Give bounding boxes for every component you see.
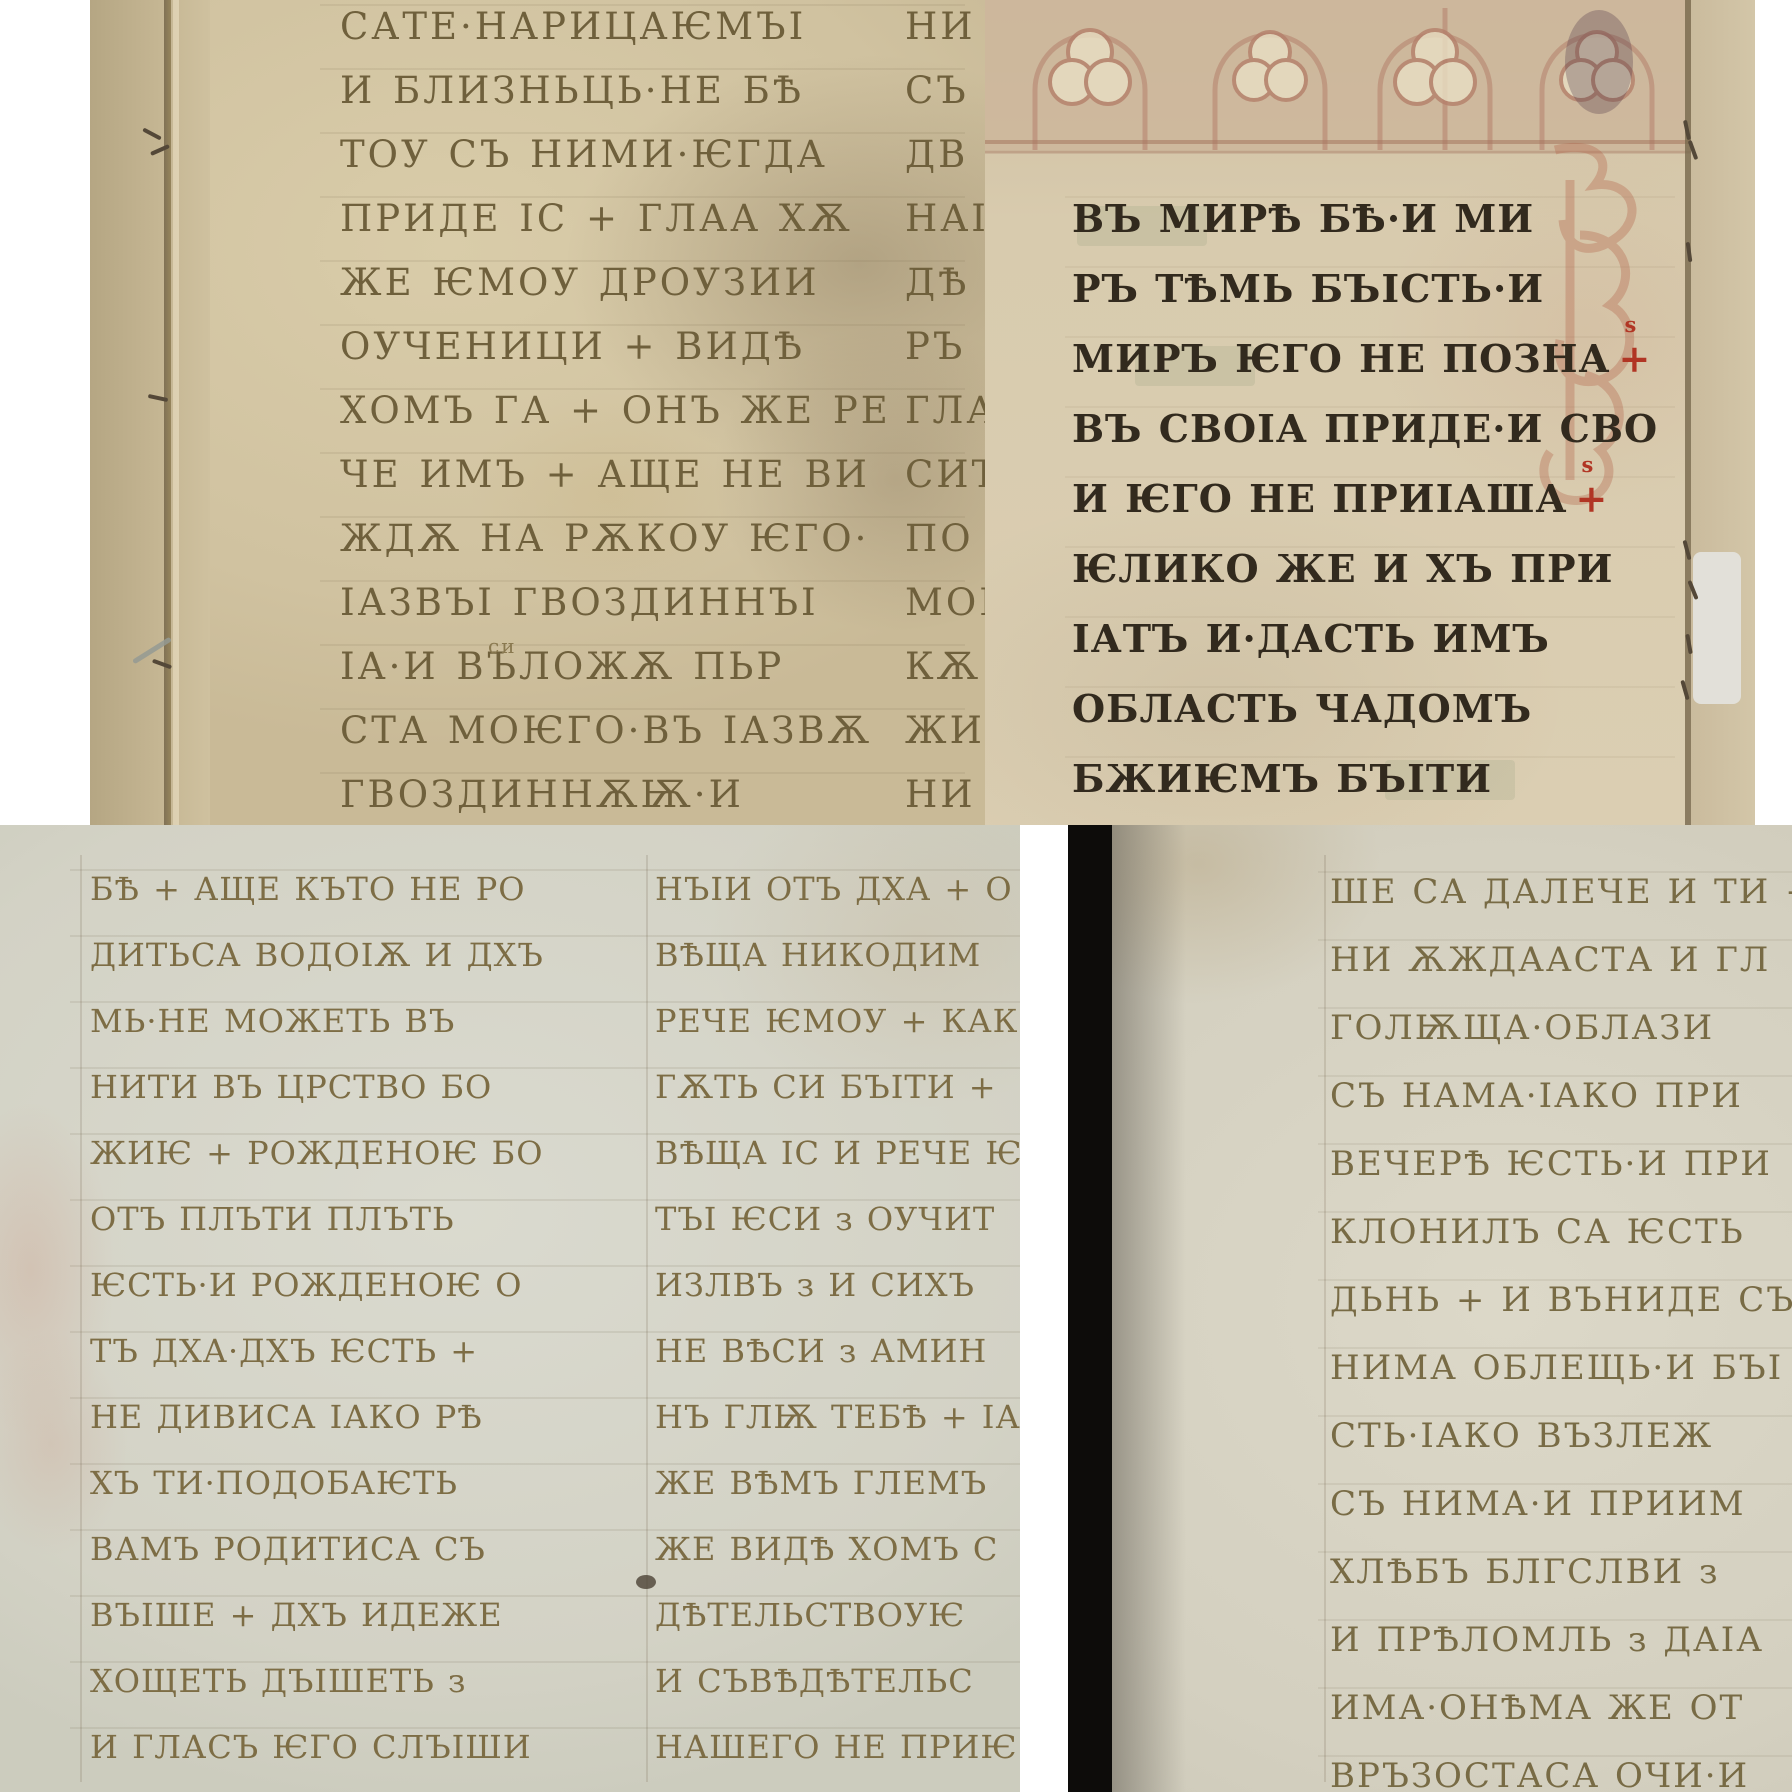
manuscript-text-line: ТЪІ ѤСИ з ОУЧИТ (655, 1203, 995, 1235)
manuscript-text-line: ЖЕ ВѢМЪ ГЛЕМЪ (655, 1467, 987, 1499)
manuscript-text-line: НАІ (905, 200, 985, 237)
line-text: И ГЛАСЪ ѤГО СЛЪІШИ (90, 1728, 532, 1766)
manuscript-text-line: ГВОЗДИННѪѬ·И (340, 776, 744, 813)
manuscript-text-line: ОУЧЕНИЦИ + ВИДѢ (340, 328, 805, 365)
line-text: ИЗЛВЪ з И СИХЪ (655, 1266, 975, 1304)
line-text: РЕЧЕ ѤМОУ + КАК (655, 1002, 1018, 1040)
text-column: ШЕ СА ДАЛЕЧЕ И ТИ +НИ ѪЖДААСТА И ГЛГОЛѬЩ… (1330, 825, 1792, 1792)
line-text: ДѢТЕЛЬСТВОУѤ (655, 1596, 965, 1634)
line-text: КѪ (905, 645, 981, 688)
spine-edge-highlight (173, 0, 179, 825)
manuscript-text-line: НЪІИ ОТЪ ДХА + О (655, 873, 1013, 905)
manuscript-text-line: ВЕЧЕРѢ ѤСТЬ·И ПРИ (1330, 1147, 1772, 1181)
line-text: ХОМЪ ГА + ОНЪ ЖЕ РЕ (340, 389, 891, 432)
manuscript-text-line: ГОЛѬЩА·ОБЛАЗИ (1330, 1011, 1714, 1045)
line-text: ІА·И ВЪЛОЖѪ ПЬР (340, 645, 784, 688)
manuscript-text-line: НЕ ДИВИСА ІАКО РѢ (90, 1401, 483, 1433)
line-text: ДВ (905, 133, 968, 176)
manuscript-text-line: РЪ (905, 328, 965, 365)
line-text: РЪ ТѢМЬ БЪІСТЬ·И (1072, 266, 1544, 311)
line-text: СТЬ·ІАКО ВЪЗЛЕЖ (1330, 1416, 1713, 1456)
manuscript-text-line: ЖИ (905, 712, 985, 749)
manuscript-text-line: ХЛѢБЪ БЛГСЛВИ з (1330, 1555, 1720, 1589)
manuscript-text-line: ГЛА (905, 392, 985, 429)
manuscript-text-line: ПО (905, 520, 974, 557)
line-text: ХЪ ТИ·ПОДОБАѤТЬ (90, 1464, 458, 1502)
line-text: И ѤГО НЕ ПРИІАША (1072, 476, 1567, 521)
parchment-patch (1693, 552, 1741, 704)
line-text: БЖИѤМЪ БЪІТИ (1072, 756, 1492, 801)
line-text: НАШЕГО НЕ ПРИѤ (655, 1728, 1018, 1766)
line-text: ГЛА (905, 389, 985, 432)
line-text: ХОЩЕТЬ ДЪІШЕТЬ з (90, 1662, 466, 1700)
line-text: СЪ НИМА·И ПРИИМ (1330, 1484, 1746, 1524)
text-column: ВЪ МИРѢ БѢ·И МИРЪ ТѢМЬ БЪІСТЬ·ИМИРЪ ѤГО … (1072, 0, 1692, 825)
text-column-2-fragments: НИСЪДВНАІДѢРЪГЛАСИТПОМОІКѪЖИНИ (905, 0, 985, 825)
manuscript-text-line: ХОЩЕТЬ ДЪІШЕТЬ з (90, 1665, 466, 1697)
line-text: НИМА ОБЛЕЩЬ·И БЪІ (1330, 1348, 1783, 1388)
manuscript-text-line: ВѢЩА ІС И РЕЧЕ Ѥ (655, 1137, 1020, 1169)
manuscript-text-line: ВЪІШЕ + ДХЪ ИДЕЖЕ (90, 1599, 503, 1631)
gutter-shadow (1112, 825, 1186, 1792)
page-photo-bottom-right: ШЕ СА ДАЛЕЧЕ И ТИ +НИ ѪЖДААСТА И ГЛГОЛѬЩ… (1068, 825, 1792, 1792)
manuscript-text-line: СЪ (905, 72, 969, 109)
manuscript-text-line: НИМА ОБЛЕЩЬ·И БЪІ (1330, 1351, 1783, 1385)
line-text: И СЪВѢДѢТЕЛЬС (655, 1662, 974, 1700)
red-rubric-cross: ѕ+ (1575, 476, 1608, 521)
manuscript-text-line: СИТ (905, 456, 985, 493)
manuscript-text-line: ВРЪЗОСТАСА ОЧИ·И (1330, 1759, 1749, 1792)
line-text: ТОУ СЪ НИМИ·ѤГДА (340, 133, 828, 176)
manuscript-text-line: РЪ ТѢМЬ БЪІСТЬ·И (1072, 270, 1544, 308)
manuscript-text-line: БѢ + АЩЕ КЪТО НЕ РО (90, 873, 525, 905)
manuscript-text-line: ТЪ ДХА·ДХЪ ѤСТЬ + (90, 1335, 478, 1367)
manuscript-text-line: ЖДѪ НА РѪКОУ ѤГО· (340, 520, 869, 557)
line-text: ВРЪЗОСТАСА ОЧИ·И (1330, 1756, 1749, 1792)
line-text: ВѢЩА ІС И РЕЧЕ Ѥ (655, 1134, 1020, 1172)
manuscript-text-line: ВАМЪ РОДИТИСА СЪ (90, 1533, 486, 1565)
manuscript-text-line: И ѤГО НЕ ПРИІАШАѕ+ (1072, 480, 1608, 518)
spine-fold (164, 0, 171, 825)
line-text: ТЪ ДХА·ДХЪ ѤСТЬ + (90, 1332, 478, 1370)
manuscript-text-line: НАШЕГО НЕ ПРИѤ (655, 1731, 1018, 1763)
manuscript-text-line: ЖЕ ВИДѢ ХОМЪ С (655, 1533, 998, 1565)
manuscript-text-line: ШЕ СА ДАЛЕЧЕ И ТИ + (1330, 875, 1792, 909)
manuscript-text-line: ВѢЩА НИКОДИМ (655, 939, 981, 971)
line-text: ОБЛАСТЬ ЧАДОМЪ (1072, 686, 1532, 731)
red-rubric-cross: ѕ+ (1618, 336, 1651, 381)
manuscript-text-line: ІАТЪ И·ДАСТЬ ИМЪ (1072, 620, 1550, 658)
line-text: СИТ (905, 453, 985, 496)
manuscript-text-line: ЖИѤ + РОЖДЕНОѤ БО (90, 1137, 543, 1169)
line-text: НИ (905, 5, 976, 48)
page-photo-top-left: САТЕ·НАРИЦАѤМЪІИ БЛИЗНЬЦЬ·НЕ БѢТОУ СЪ НИ… (90, 0, 985, 825)
line-text: ЖДѪ НА РѪКОУ ѤГО· (340, 517, 869, 560)
line-text: НИ (905, 773, 976, 816)
line-text: ГОЛѬЩА·ОБЛАЗИ (1330, 1008, 1714, 1048)
page-photo-bottom-left: БѢ + АЩЕ КЪТО НЕ РОДИТЬСА ВОДОІѪ И ДХЪМЬ… (0, 825, 1020, 1792)
manuscript-text-line: ДЬНЬ + И ВЪНИДЕ СЪ (1330, 1283, 1792, 1317)
line-text: ВАМЪ РОДИТИСА СЪ (90, 1530, 486, 1568)
line-text: НИТИ ВЪ ЦРСТВО БО (90, 1068, 492, 1106)
manuscript-text-line: СТА МОѤГО·ВЪ ІАЗВѪ (340, 712, 872, 749)
line-text: ДѢ (905, 261, 969, 304)
line-text: НЪ ГЛѬ ТЕБѢ + ІА (655, 1398, 1020, 1436)
line-text: ПРИДЕ ІС + ГЛАА ХѪ (340, 197, 853, 240)
manuscript-text-line: МЬ·НЕ МОЖЕТЬ ВЪ (90, 1005, 455, 1037)
manuscript-text-line: СЪ НИМА·И ПРИИМ (1330, 1487, 1746, 1521)
line-text: ДЬНЬ + И ВЪНИДЕ СЪ (1330, 1280, 1792, 1320)
line-text: НЕ ДИВИСА ІАКО РѢ (90, 1398, 483, 1436)
manuscript-text-line: КѪ (905, 648, 981, 685)
line-text: ѤСТЬ·И РОЖДЕНОѤ О (90, 1266, 523, 1304)
line-text: НЕ ВѢСИ з АМИН (655, 1332, 987, 1370)
manuscript-text-line: ІАЗВЪІ ГВОЗДИННЪІ (340, 584, 819, 621)
line-text: ЧЕ ИМЪ + АЩЕ НЕ ВИ (340, 453, 870, 496)
line-text: МИРЪ ѤГО НЕ ПОЗНА (1072, 336, 1610, 381)
manuscript-text-line: ДѢ (905, 264, 969, 301)
manuscript-text-line: ДИТЬСА ВОДОІѪ И ДХЪ (90, 939, 544, 971)
line-text: ВѢЩА НИКОДИМ (655, 936, 981, 974)
page-photo-top-right: ВЪ МИРѢ БѢ·И МИРЪ ТѢМЬ БЪІСТЬ·ИМИРЪ ѤГО … (985, 0, 1755, 825)
line-text: ОТЪ ПЛЪТИ ПЛЪТЬ (90, 1200, 455, 1238)
line-text: И ПРѢЛОМЛЬ з ДАІА (1330, 1620, 1764, 1660)
line-text: ЖИ (905, 709, 985, 752)
line-text: И БЛИЗНЬЦЬ·НЕ БѢ (340, 69, 804, 112)
line-text: ДИТЬСА ВОДОІѪ И ДХЪ (90, 936, 544, 974)
manuscript-text-line: НИ (905, 776, 976, 813)
manuscript-text-line: ТОУ СЪ НИМИ·ѤГДА (340, 136, 828, 173)
manuscript-text-line: СТЬ·ІАКО ВЪЗЛЕЖ (1330, 1419, 1713, 1453)
text-column-1: САТЕ·НАРИЦАѤМЪІИ БЛИЗНЬЦЬ·НЕ БѢТОУ СЪ НИ… (340, 0, 960, 825)
line-text: ВЪ СВОІА ПРИДЕ·И СВО (1072, 406, 1658, 451)
line-text: ЖИѤ + РОЖДЕНОѤ БО (90, 1134, 543, 1172)
manuscript-text-line: ДѢТЕЛЬСТВОУѤ (655, 1599, 965, 1631)
line-text: СТА МОѤГО·ВЪ ІАЗВѪ (340, 709, 872, 752)
text-column-2: НЪІИ ОТЪ ДХА + ОВѢЩА НИКОДИМРЕЧЕ ѤМОУ + … (655, 825, 1020, 1792)
interlinear-correction: си (488, 634, 517, 658)
line-text: ВЕЧЕРѢ ѤСТЬ·И ПРИ (1330, 1144, 1772, 1184)
line-text: ШЕ СА ДАЛЕЧЕ И ТИ + (1330, 872, 1792, 912)
manuscript-text-line: ВЪ СВОІА ПРИДЕ·И СВО (1072, 410, 1658, 448)
line-text: НИ ѪЖДААСТА И ГЛ (1330, 940, 1770, 980)
manuscript-text-line: ВЪ МИРѢ БѢ·И МИ (1072, 200, 1534, 238)
manuscript-text-line: ДВ (905, 136, 968, 173)
manuscript-text-line: ЖЕ ѤМОУ ДРОУЗИИ (340, 264, 819, 301)
line-text: ЖЕ ВѢМЪ ГЛЕМЪ (655, 1464, 987, 1502)
line-text: НЪІИ ОТЪ ДХА + О (655, 870, 1013, 908)
manuscript-text-line: ГѪТЬ СИ БЪІТИ + (655, 1071, 997, 1103)
line-text: СЪ НАМА·ІАКО ПРИ (1330, 1076, 1743, 1116)
line-text: РЪ (905, 325, 965, 368)
line-text: ЖЕ ВИДѢ ХОМЪ С (655, 1530, 998, 1568)
manuscript-text-line: ѤЛИКО ЖЕ И ХЪ ПРИ (1072, 550, 1613, 588)
text-column-1: БѢ + АЩЕ КЪТО НЕ РОДИТЬСА ВОДОІѪ И ДХЪМЬ… (90, 825, 650, 1792)
manuscript-text-line: НИ (905, 8, 976, 45)
manuscript-text-line: ОТЪ ПЛЪТИ ПЛЪТЬ (90, 1203, 455, 1235)
line-text: ѤЛИКО ЖЕ И ХЪ ПРИ (1072, 546, 1613, 591)
line-text: ІАЗВЪІ ГВОЗДИННЪІ (340, 581, 819, 624)
line-text: ИМА·ОНѢМА ЖЕ ОТ (1330, 1688, 1744, 1728)
manuscript-text-line: ИЗЛВЪ з И СИХЪ (655, 1269, 975, 1301)
manuscript-text-line: ИМА·ОНѢМА ЖЕ ОТ (1330, 1691, 1744, 1725)
margin-rule (1324, 855, 1326, 1782)
manuscript-text-line: НЕ ВѢСИ з АМИН (655, 1335, 987, 1367)
manuscript-text-line: ІА·И ВЪЛОЖѪ ПЬР (340, 648, 784, 685)
line-text: МЬ·НЕ МОЖЕТЬ ВЪ (90, 1002, 455, 1040)
line-text: ЖЕ ѤМОУ ДРОУЗИИ (340, 261, 819, 304)
manuscript-text-line: И ГЛАСЪ ѤГО СЛЪІШИ (90, 1731, 532, 1763)
manuscript-text-line: САТЕ·НАРИЦАѤМЪІ (340, 8, 806, 45)
manuscript-text-line: КЛОНИЛЪ СА ѤСТЬ (1330, 1215, 1745, 1249)
line-text: САТЕ·НАРИЦАѤМЪІ (340, 5, 806, 48)
manuscript-text-line: СЪ НАМА·ІАКО ПРИ (1330, 1079, 1743, 1113)
manuscript-text-line: МИРЪ ѤГО НЕ ПОЗНАѕ+ (1072, 340, 1651, 378)
line-text: ТЪІ ѤСИ з ОУЧИТ (655, 1200, 995, 1238)
line-text: ХЛѢБЪ БЛГСЛВИ з (1330, 1552, 1720, 1592)
line-text: МОІ (905, 581, 985, 624)
manuscript-text-line: ѤСТЬ·И РОЖДЕНОѤ О (90, 1269, 523, 1301)
manuscript-text-line: ХОМЪ ГА + ОНЪ ЖЕ РЕ (340, 392, 891, 429)
line-text: ВЪІШЕ + ДХЪ ИДЕЖЕ (90, 1596, 503, 1634)
manuscript-text-line: БЖИѤМЪ БЪІТИ (1072, 760, 1492, 798)
manuscript-text-line: НИ ѪЖДААСТА И ГЛ (1330, 943, 1770, 977)
line-text: ВЪ МИРѢ БѢ·И МИ (1072, 196, 1534, 241)
line-text: БѢ + АЩЕ КЪТО НЕ РО (90, 870, 525, 908)
manuscript-text-line: И СЪВѢДѢТЕЛЬС (655, 1665, 974, 1697)
margin-rule (80, 855, 82, 1782)
manuscript-text-line: ПРИДЕ ІС + ГЛАА ХѪ (340, 200, 853, 237)
line-text: ІАТЪ И·ДАСТЬ ИМЪ (1072, 616, 1550, 661)
line-text: НАІ (905, 197, 985, 240)
line-text: ГВОЗДИННѪѬ·И (340, 773, 744, 816)
manuscript-text-line: НИТИ ВЪ ЦРСТВО БО (90, 1071, 492, 1103)
manuscript-text-line: ОБЛАСТЬ ЧАДОМЪ (1072, 690, 1532, 728)
manuscript-text-line: И ПРѢЛОМЛЬ з ДАІА (1330, 1623, 1764, 1657)
line-text: ГѪТЬ СИ БЪІТИ + (655, 1068, 997, 1106)
line-text: ПО (905, 517, 974, 560)
line-text: КЛОНИЛЪ СА ѤСТЬ (1330, 1212, 1745, 1252)
book-gutter-black (1068, 825, 1112, 1792)
binding-spine (90, 0, 210, 825)
manuscript-text-line: РЕЧЕ ѤМОУ + КАК (655, 1005, 1018, 1037)
manuscript-text-line: ХЪ ТИ·ПОДОБАѤТЬ (90, 1467, 458, 1499)
manuscript-collage: САТЕ·НАРИЦАѤМЪІИ БЛИЗНЬЦЬ·НЕ БѢТОУ СЪ НИ… (0, 0, 1792, 1792)
manuscript-text-line: МОІ (905, 584, 985, 621)
manuscript-text-line: И БЛИЗНЬЦЬ·НЕ БѢ (340, 72, 804, 109)
manuscript-text-line: ЧЕ ИМЪ + АЩЕ НЕ ВИ (340, 456, 870, 493)
line-text: СЪ (905, 69, 969, 112)
line-text: ОУЧЕНИЦИ + ВИДѢ (340, 325, 805, 368)
manuscript-text-line: НЪ ГЛѬ ТЕБѢ + ІА (655, 1401, 1020, 1433)
